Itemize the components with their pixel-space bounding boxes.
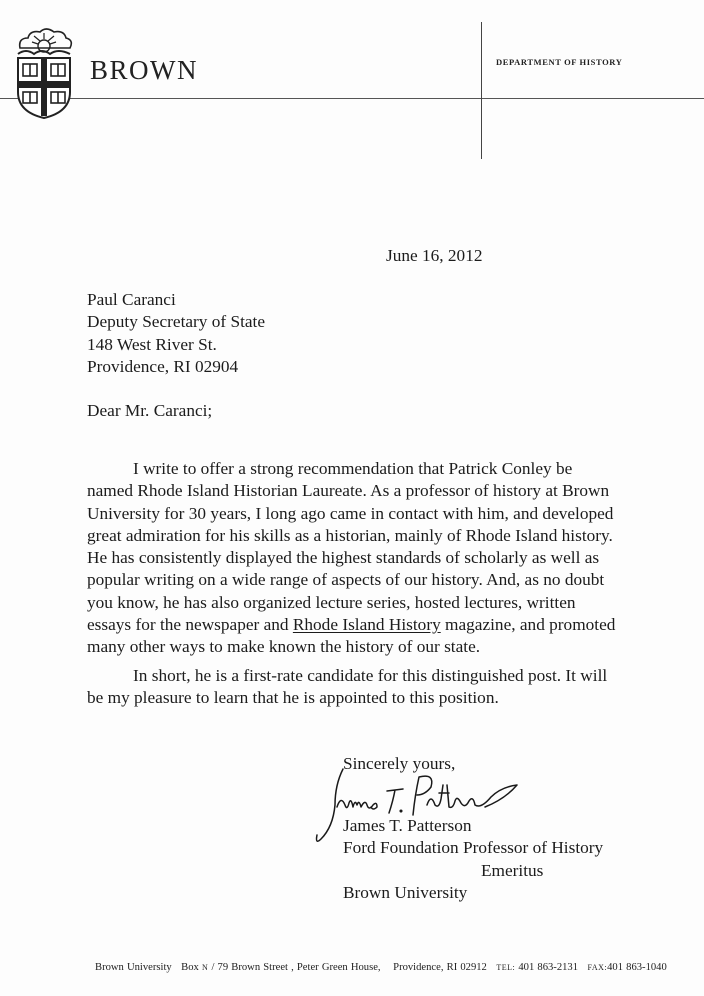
- paragraph-line: you know, he has also organized lecture …: [87, 592, 615, 614]
- footer-fax-label: FAX:: [587, 963, 607, 972]
- footer-address: / 79 Brown Street , Peter Green House,: [211, 962, 380, 973]
- footer-tel: 401 863-2131: [518, 962, 578, 973]
- signature-block: James T. Patterson Ford Foundation Profe…: [343, 815, 603, 904]
- paragraph-line: He has consistently displayed the highes…: [87, 547, 615, 569]
- signer-title: Ford Foundation Professor of History: [343, 837, 603, 859]
- letterhead-horizontal-rule: [0, 98, 704, 99]
- paragraph-line: great admiration for his skills as a his…: [87, 525, 615, 547]
- letterhead-vertical-rule: [481, 22, 482, 159]
- brown-university-shield-icon: [12, 26, 76, 120]
- paragraph-line: many other ways to make known the histor…: [87, 636, 615, 658]
- recipient-street: 148 West River St.: [87, 334, 265, 356]
- body-paragraph-1: I write to offer a strong recommendation…: [87, 458, 615, 659]
- letterhead-footer: Brown University Box N / 79 Brown Street…: [95, 962, 667, 973]
- recipient-address: Paul Caranci Deputy Secretary of State 1…: [87, 289, 265, 378]
- institution-wordmark: BROWN: [90, 55, 198, 86]
- footer-box: Box: [181, 962, 199, 973]
- text-segment: essays for the newspaper and: [87, 615, 293, 634]
- body-paragraph-2: In short, he is a first-rate candidate f…: [87, 665, 607, 710]
- paragraph-line: I write to offer a strong recommendation…: [87, 458, 615, 480]
- paragraph-line: In short, he is a first-rate candidate f…: [87, 665, 607, 687]
- paragraph-line: popular writing on a wide range of aspec…: [87, 569, 615, 591]
- signer-institution: Brown University: [343, 882, 603, 904]
- magazine-title: Rhode Island History: [293, 615, 441, 634]
- signer-name: James T. Patterson: [343, 815, 603, 837]
- salutation: Dear Mr. Caranci;: [87, 400, 212, 422]
- text-segment: magazine, and promoted: [441, 615, 616, 634]
- paragraph-line: University for 30 years, I long ago came…: [87, 503, 615, 525]
- signer-title-suffix: Emeritus: [343, 860, 603, 882]
- footer-institution: Brown University: [95, 962, 172, 973]
- paragraph-line: be my pleasure to learn that he is appoi…: [87, 687, 607, 709]
- footer-fax: 401 863-1040: [607, 962, 667, 973]
- footer-city: Providence, RI 02912: [393, 962, 487, 973]
- recipient-city: Providence, RI 02904: [87, 356, 265, 378]
- recipient-name: Paul Caranci: [87, 289, 265, 311]
- paragraph-line: essays for the newspaper and Rhode Islan…: [87, 614, 615, 636]
- footer-tel-label: TEL:: [496, 963, 515, 972]
- footer-box-letter: N: [202, 963, 208, 972]
- paragraph-line: named Rhode Island Historian Laureate. A…: [87, 480, 615, 502]
- department-name: DEPARTMENT OF HISTORY: [496, 57, 622, 67]
- recipient-title: Deputy Secretary of State: [87, 311, 265, 333]
- letter-date: June 16, 2012: [386, 245, 482, 267]
